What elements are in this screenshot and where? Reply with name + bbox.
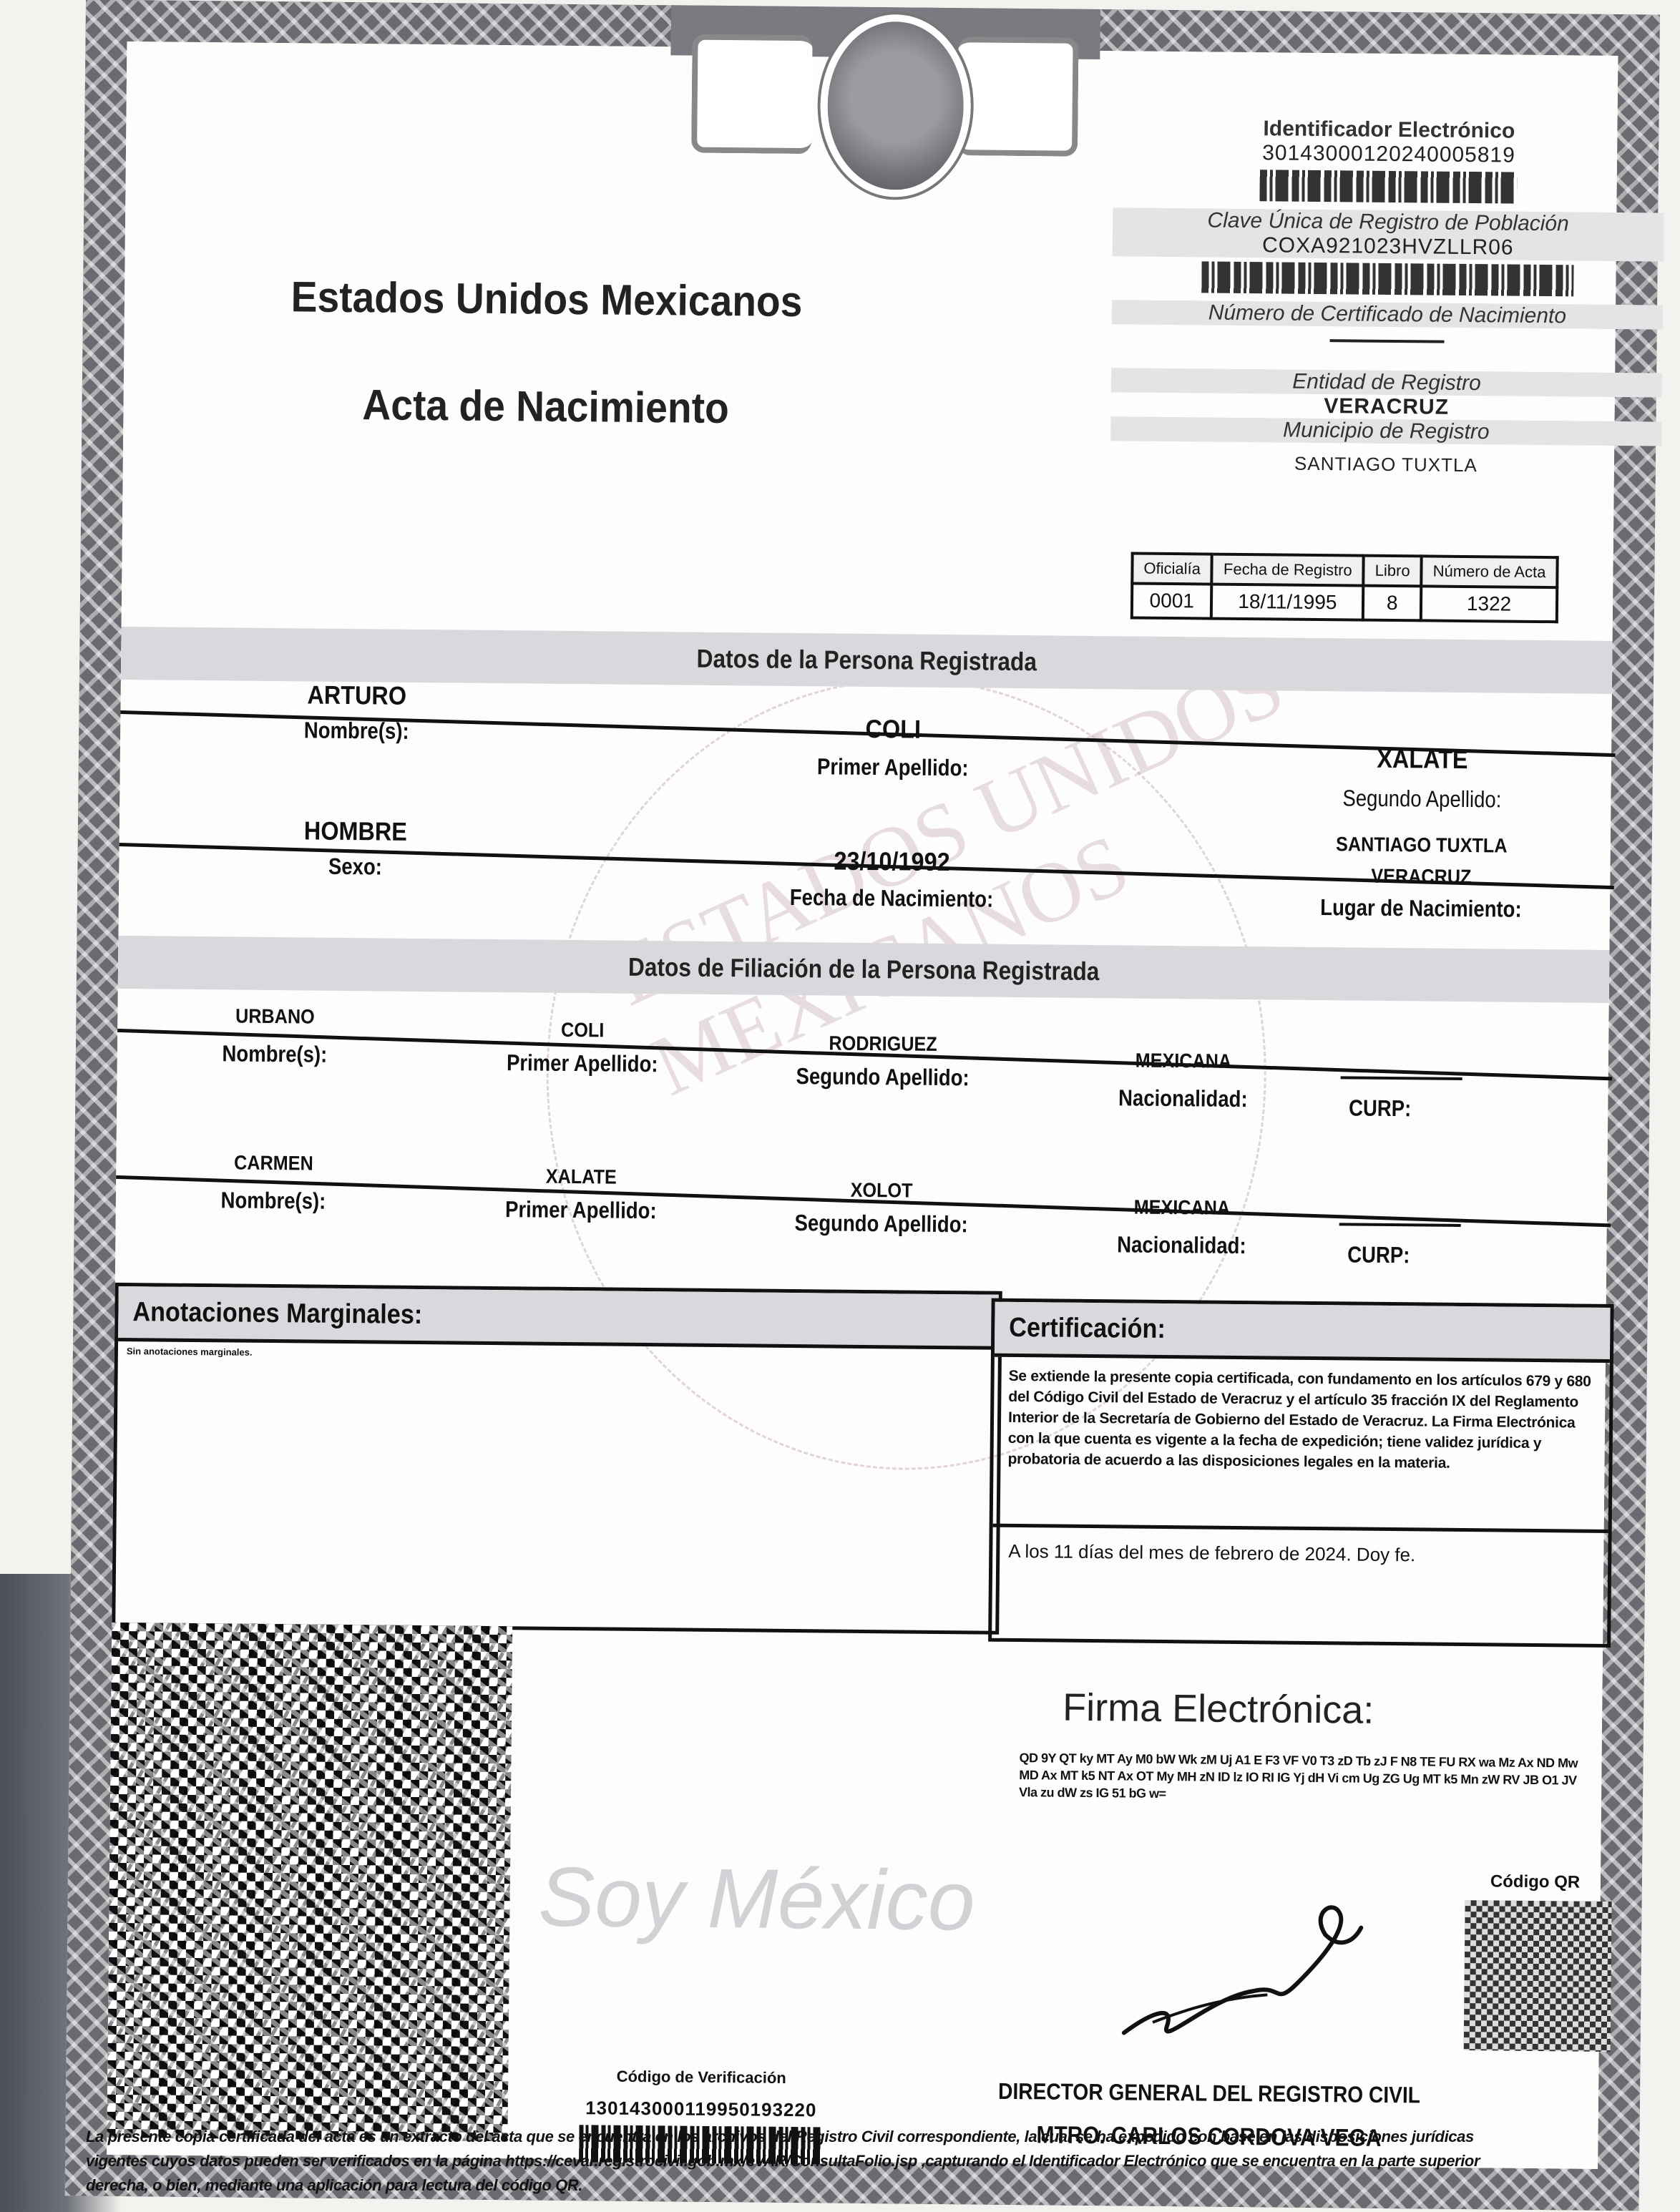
filiation-header: Datos de Filiación de la Persona Registr… [118, 936, 1610, 1003]
header-libro: Libro [1364, 556, 1422, 587]
person-sex: HOMBRE [246, 816, 465, 848]
person-name: ARTURO [248, 680, 467, 712]
parent1-name-label: Nombre(s): [201, 1040, 349, 1068]
document-title: Acta de Nacimiento [249, 379, 842, 434]
parent2-name: CARMEN [196, 1151, 351, 1175]
certification-text: Se extiende la presente copia certificad… [993, 1357, 1609, 1475]
registry-table: Oficialía Fecha de Registro Libro Número… [1130, 552, 1559, 623]
annotations-box: Anotaciones Marginales: Sin anotaciones … [112, 1283, 1002, 1635]
parent2-second-surname-label: Segundo Apellido: [776, 1210, 986, 1238]
soy-mexico-watermark: Soy México [538, 1849, 975, 1950]
person-birth-date: 23/10/1992 [750, 845, 1033, 878]
annotations-title: Anotaciones Marginales: [132, 1291, 422, 1336]
parent2-curp-label: CURP: [1347, 1241, 1452, 1268]
parent1-nationality: MEXICANA [1087, 1049, 1280, 1074]
person-name-label: Nombre(s): [252, 717, 461, 745]
certification-date: A los 11 días del mes de febrero de 2024… [992, 1524, 1608, 1581]
birth-certificate-number [1330, 339, 1445, 343]
parent1-curp-label: CURP: [1349, 1095, 1454, 1122]
legal-footer: La presente copia certificada del acta e… [86, 2125, 1660, 2198]
person-second-surname: XALATE [1294, 743, 1551, 775]
person-first-surname: COLI [764, 713, 1022, 745]
crest-scroll-left [691, 34, 813, 155]
verification-qr-code [107, 1623, 512, 2141]
parent2-nationality: MEXICANA [1085, 1195, 1279, 1220]
person-birth-state: VERACRUZ [1279, 864, 1563, 890]
national-crest [670, 5, 1100, 195]
parent1-nationality-label: Nacionalidad: [1090, 1085, 1275, 1112]
oficialia-value: 0001 [1132, 584, 1212, 619]
curp-barcode [1201, 261, 1573, 296]
electronic-id-barcode [1259, 170, 1517, 203]
parent2-curp [1339, 1201, 1461, 1227]
certification-box: Certificación: Se extiende la presente c… [988, 1298, 1614, 1648]
birth-certificate-sheet: ESTADOS UNIDOS MEXICANOS Estados Unidos … [65, 0, 1660, 2211]
registered-person-title: Datos de la Persona Registrada [696, 632, 1037, 689]
handwritten-signature [1110, 1882, 1397, 2057]
parent2-first-surname-label: Primer Apellido: [489, 1196, 673, 1224]
coat-of-arms-icon [819, 14, 971, 197]
parent1-name: URBANO [197, 1004, 352, 1029]
parent2-name-label: Nombre(s): [200, 1187, 348, 1215]
electronic-signature-code: QD 9Y QT ky MT Ay M0 bW Wk zM Uj A1 E F3… [1019, 1749, 1592, 1806]
parent2-first-surname: XALATE [484, 1165, 678, 1190]
header-fecha-registro: Fecha de Registro [1212, 554, 1364, 586]
person-birth-place-label: Lugar de Nacimiento: [1286, 894, 1557, 924]
signatory-title: DIRECTOR GENERAL DEL REGISTRO CIVIL [957, 2078, 1461, 2109]
parent1-first-surname-label: Primer Apellido: [490, 1049, 675, 1077]
parent1-first-surname: COLI [486, 1018, 679, 1043]
verification-code: 130143000119950193220 [551, 2097, 851, 2122]
verification-code-label: Código de Verificación [551, 2067, 851, 2088]
libro-value: 8 [1363, 586, 1421, 621]
person-first-surname-label: Primer Apellido: [770, 753, 1016, 782]
person-birth-municipality: SANTIAGO TUXTLA [1280, 833, 1563, 858]
footer-line-1: La presente copia certificada del acta e… [86, 2125, 1660, 2149]
footer-line-2: vigentes cuyos datos pueden ser verifica… [86, 2149, 1660, 2173]
country-title: Estados Unidos Mexicanos [250, 272, 844, 327]
person-sex-label: Sexo: [250, 853, 460, 881]
footer-line-3: derecha, o bien, mediante una aplicación… [86, 2173, 1660, 2198]
municipality-label: Municipio de Registro [1110, 416, 1661, 446]
fecha-registro-value: 18/11/1995 [1211, 584, 1363, 620]
parent1-curp [1341, 1054, 1462, 1080]
numero-acta-value: 1322 [1421, 586, 1557, 622]
header-oficialia: Oficialía [1132, 554, 1212, 584]
filiation-title: Datos de Filiación de la Persona Registr… [628, 941, 1100, 998]
person-birth-date-label: Fecha de Nacimiento: [756, 884, 1027, 913]
certificate-body: ESTADOS UNIDOS MEXICANOS Estados Unidos … [107, 41, 1618, 2169]
crest-scroll-right [957, 36, 1079, 157]
parent2-second-surname: XOLOT [772, 1178, 991, 1203]
certification-title: Certificación: [1009, 1306, 1166, 1351]
header-numero-acta: Número de Acta [1421, 556, 1557, 587]
municipality-value: SANTIAGO TUXTLA [1110, 451, 1661, 478]
electronic-signature-title: Firma Electrónica: [1063, 1685, 1374, 1733]
qr-code-label: Código QR [1490, 1871, 1581, 1892]
parent2-nationality-label: Nacionalidad: [1089, 1231, 1274, 1259]
person-second-surname-label: Segundo Apellido: [1299, 785, 1545, 813]
identifiers-panel: Identificador Electrónico 30143000120240… [1110, 115, 1665, 478]
parent1-second-surname-label: Segundo Apellido: [778, 1063, 987, 1092]
small-qr-code [1464, 1900, 1612, 2052]
parent1-second-surname: RODRIGUEZ [773, 1032, 992, 1057]
